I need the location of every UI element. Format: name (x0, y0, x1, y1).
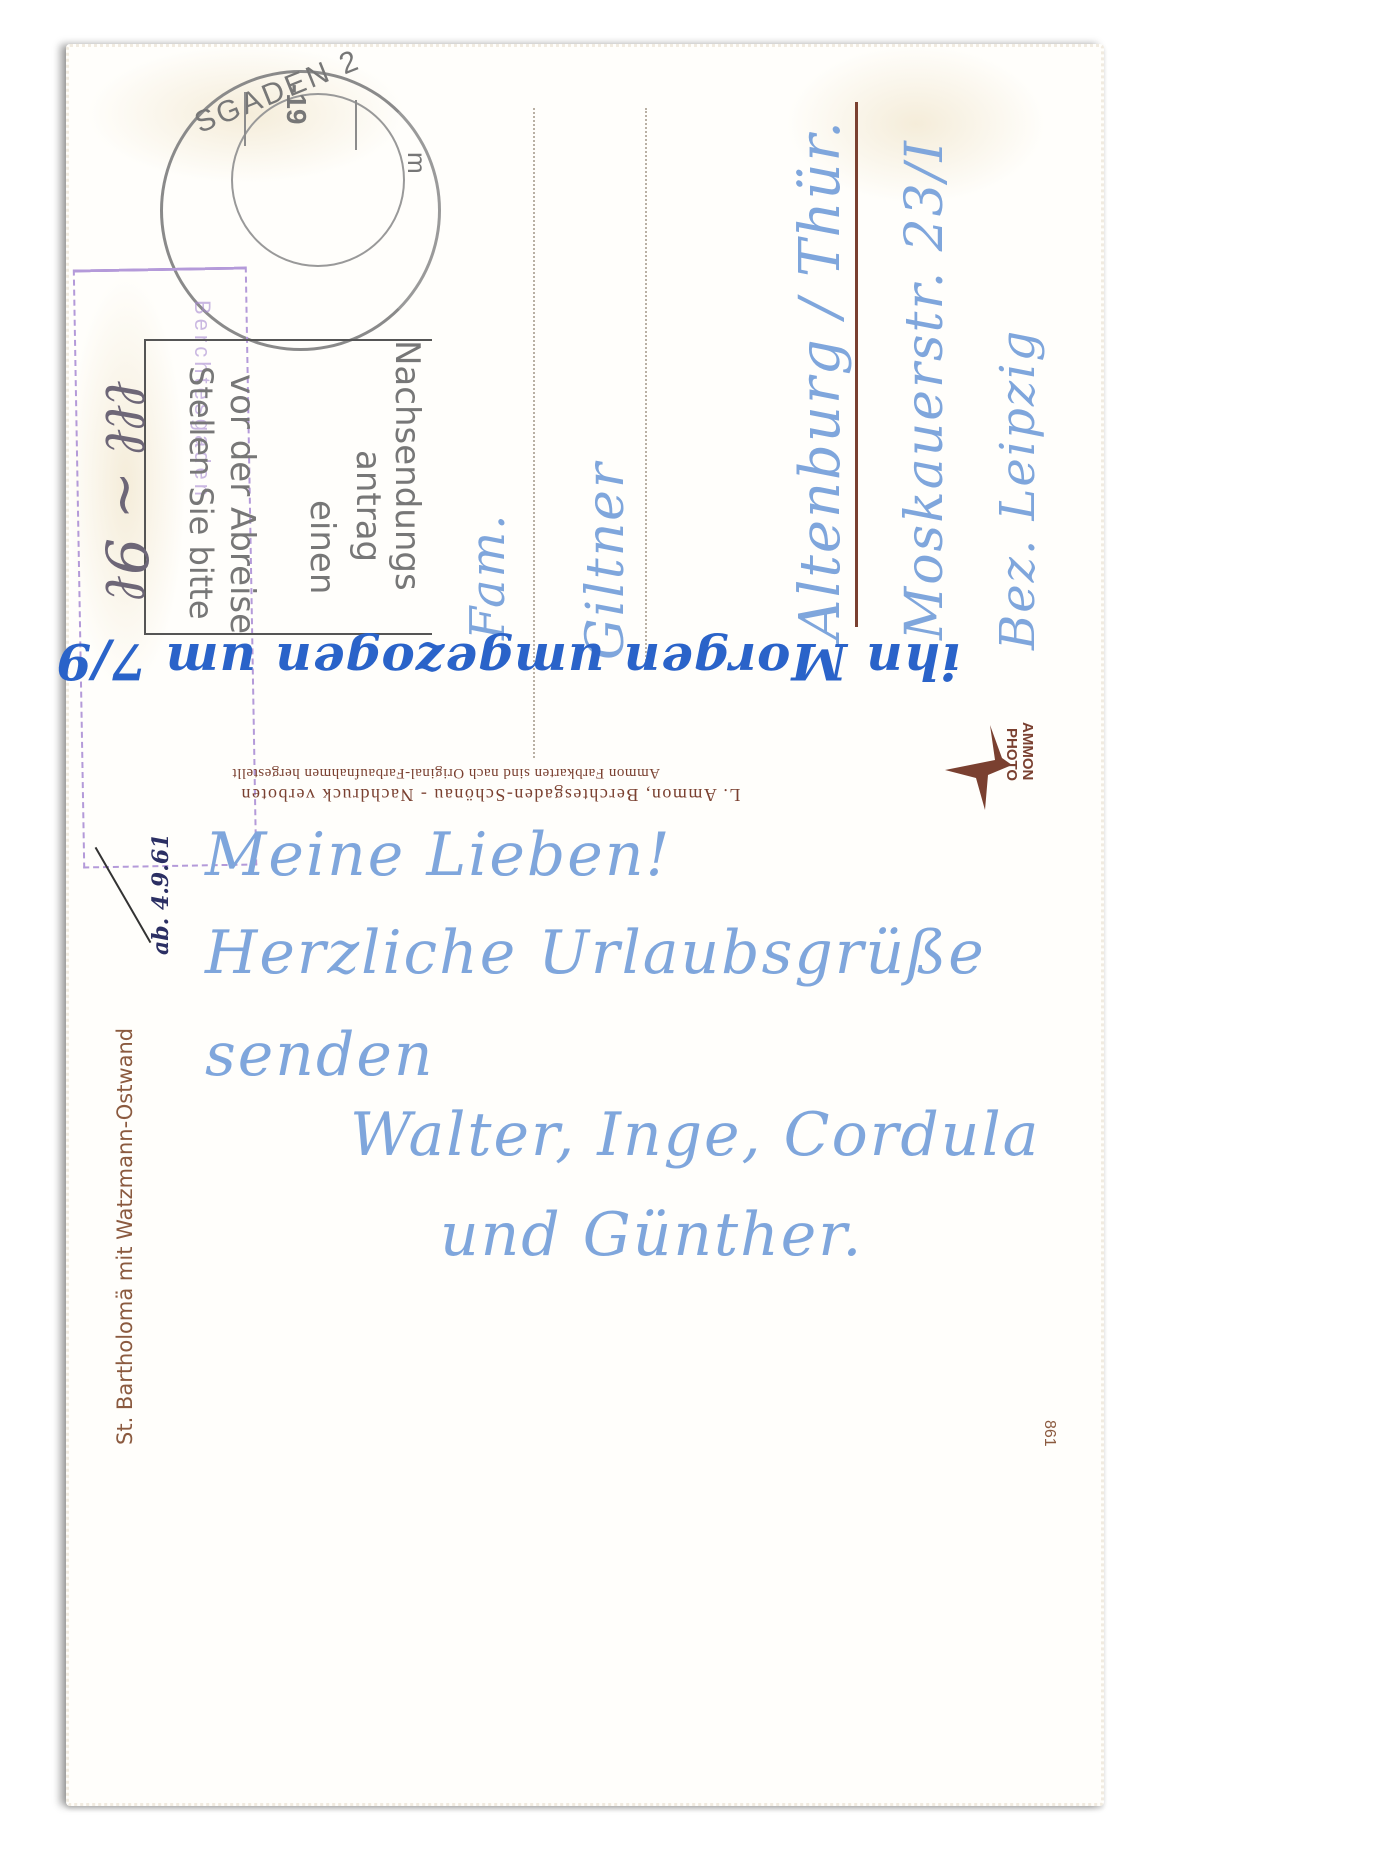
margin-date: ab. 4.9.61 (148, 833, 174, 955)
address-line: Moskauerstr. 23/I (895, 139, 955, 640)
postmark-letter: m (401, 152, 432, 174)
upside-down-note: ihn Morgen umgezogen um 7/9 (100, 632, 960, 691)
slogan-line: antrag (348, 450, 388, 562)
address-line: Giltner (576, 461, 636, 660)
message-line: senden (205, 1020, 435, 1090)
address-line: Altenburg / Thür. (788, 119, 853, 640)
logo-line2: PHOTO (1003, 728, 1020, 781)
card-number: 861 (1040, 1420, 1058, 1447)
message-line: Meine Lieben! (205, 820, 672, 890)
address-rule (855, 102, 858, 627)
message-line: und Günther. (440, 1200, 863, 1270)
postmark-inner-ring (231, 93, 405, 267)
address-line: Bez. Leipzig (990, 329, 1046, 650)
publisher-line: L. Ammon, Berchtesgaden-Schönau - Nachdr… (240, 784, 820, 805)
message-line: Herzliche Urlaubsgrüße (205, 918, 986, 988)
publisher-subline: Ammon Farbkarten sind nach Original-Farb… (232, 764, 792, 781)
slogan-line: vor der Abreise (222, 374, 262, 634)
postmark-bar (355, 100, 357, 150)
address-line: Fam. (460, 513, 516, 640)
logo-line1: AMMON (1019, 722, 1036, 780)
postmark-bar (244, 92, 246, 146)
ammon-photo-logo: AMMON PHOTO (940, 720, 1060, 820)
slogan-line: Nachsendungs (384, 340, 430, 632)
caption: St. Bartholomä mit Watzmann-Ostwand (113, 1028, 137, 1445)
message-line: Walter, Inge, Cordula (350, 1100, 1040, 1170)
slogan-line: einen (302, 500, 342, 594)
pencil-scribble: ℓℓℓ ~ 9ℓ (92, 380, 160, 599)
postmark-date: -19 (280, 84, 312, 124)
slogan-line: Stellen Sie bitte (182, 366, 220, 620)
divider-dotted-line (645, 108, 647, 668)
slogan-stamp-lines: Nachsendungs (384, 340, 430, 632)
